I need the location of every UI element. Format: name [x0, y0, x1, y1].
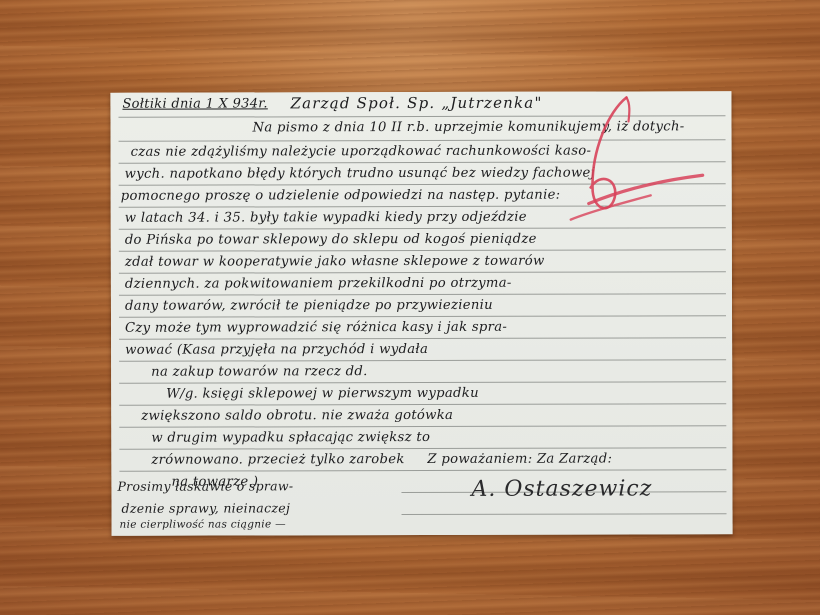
ruled-line — [119, 403, 726, 406]
footer-line: nie cierpliwość nas ciągnie — — [120, 518, 286, 530]
ruled-line — [119, 315, 726, 318]
body-line: w drugim wypadku spłacając zwiększ to — [151, 430, 430, 446]
ruled-line — [119, 381, 726, 384]
footer-line: dzenie sprawy, nieinaczej — [121, 500, 290, 515]
body-line: dziennych. za pokwitowaniem przekilkodni… — [125, 276, 512, 292]
closing: Z poważaniem: Za Zarząd: — [427, 452, 612, 467]
ruled-line — [119, 337, 726, 340]
ruled-line — [119, 271, 726, 274]
ruled-line — [119, 249, 726, 252]
ruled-line — [119, 293, 726, 296]
addressee: Zarząd Społ. Sp. „Jutrzenka" — [290, 94, 542, 113]
body-line: na zakup towarów na rzecz dd. — [151, 364, 368, 380]
ruled-line — [119, 447, 726, 450]
body-line: dany towarów, zwrócił te pieniądze po pr… — [125, 298, 493, 314]
ruled-line — [119, 469, 726, 472]
body-line: pomocnego proszę o udzielenie odpowiedzi… — [121, 188, 561, 204]
body-line: do Pińska po towar sklepowy do sklepu od… — [125, 232, 537, 248]
body-line: w latach 34. i 35. były takie wypadki ki… — [125, 210, 527, 226]
postcard: Sołtiki dnia 1 X 934r. Zarząd Społ. Sp. … — [110, 91, 732, 536]
ruled-line — [119, 359, 726, 362]
body-line: zdał towar w kooperatywie jako własne sk… — [125, 254, 545, 270]
body-line: wować (Kasa przyjęła na przychód i wydał… — [125, 342, 428, 358]
body-line: czas nie zdążyliśmy należycie uporządkow… — [131, 144, 592, 160]
ruled-line — [119, 425, 726, 428]
place-date: Sołtiki dnia 1 X 934r. — [122, 96, 267, 111]
body-line: W/g. księgi sklepowej w pierwszym wypadk… — [166, 386, 479, 402]
red-annotation-mark — [530, 91, 730, 232]
footer-line: Prosimy łaskawie o spraw- — [117, 478, 293, 493]
ruled-line — [402, 513, 727, 515]
body-line: zwiększono saldo obrotu. nie zważa gotów… — [141, 408, 453, 424]
signature: A. Ostaszewicz — [471, 476, 652, 501]
body-line: wych. napotkano błędy których trudno usu… — [125, 166, 595, 182]
body-line: zrównowano. przecież tylko zarobek — [151, 452, 404, 468]
body-line: Czy może tym wyprowadzić się różnica kas… — [125, 320, 507, 336]
